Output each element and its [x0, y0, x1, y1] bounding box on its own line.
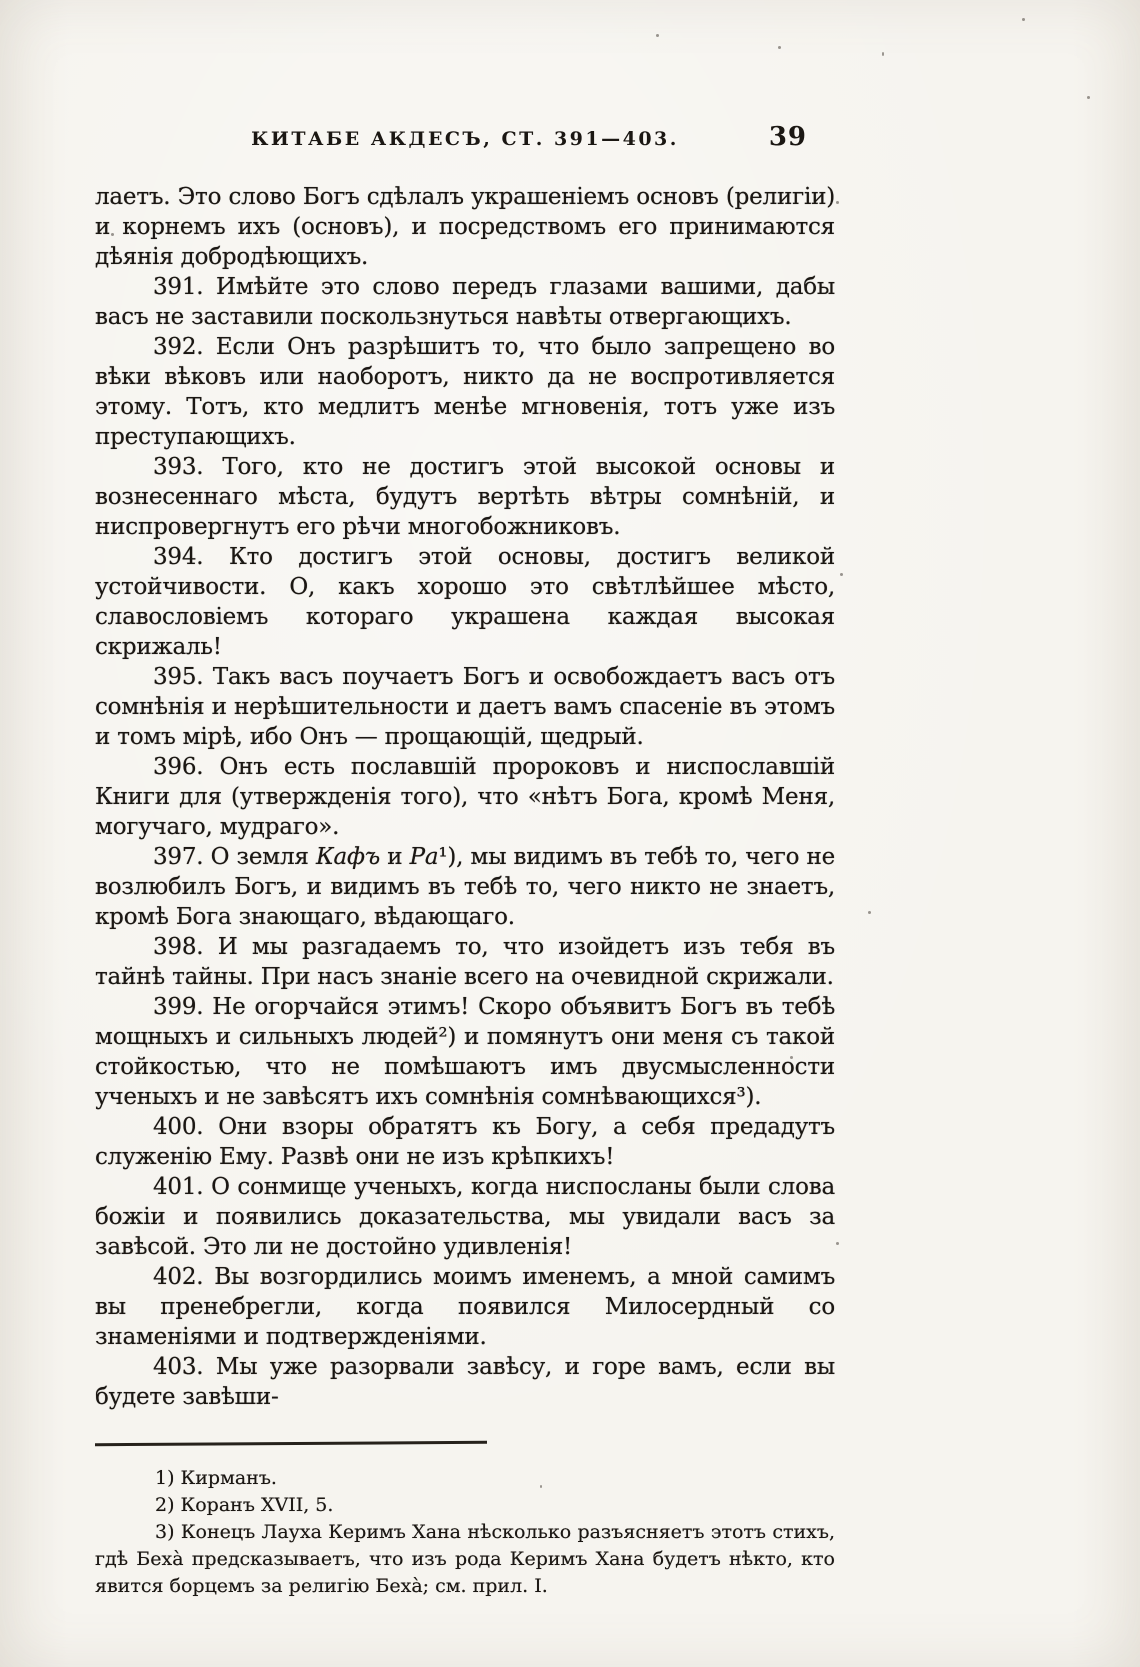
italic-term: Кафъ — [316, 844, 380, 870]
footnote: 2) Коранъ XVII, 5. — [95, 1492, 835, 1519]
scan-speck — [656, 34, 659, 37]
paragraph: 402. Вы возгордились моимъ именемъ, а мн… — [95, 1262, 835, 1352]
book-page: КИТАБЕ АКДЕСЪ, СТ. 391—403. 39 лаетъ. Эт… — [0, 0, 1140, 1667]
paragraph: 398. И мы разгадаемъ то, что изойдетъ из… — [95, 932, 835, 992]
page-body: лаетъ. Это слово Богъ сдѣлалъ украшеніем… — [95, 182, 835, 1412]
paragraph-text: 398. И мы разгадаемъ то, что изойдетъ из… — [95, 934, 835, 990]
footnote-separator — [95, 1441, 487, 1446]
paragraph-text: 396. Онъ есть пославшій пророковъ и нисп… — [95, 754, 835, 840]
paragraph: 396. Онъ есть пославшій пророковъ и нисп… — [95, 752, 835, 842]
page-number: 39 — [769, 122, 807, 152]
paragraph-text: 400. Они взоры обратятъ къ Богу, а себя … — [95, 1114, 835, 1170]
paragraph-text: 399. Не огорчайся этимъ! Скоро объявитъ … — [95, 994, 835, 1110]
text-block: КИТАБЕ АКДЕСЪ, СТ. 391—403. 39 лаетъ. Эт… — [95, 122, 835, 1600]
running-head: КИТАБЕ АКДЕСЪ, СТ. 391—403. 39 — [95, 122, 835, 166]
footnote: 1) Кирманъ. — [95, 1465, 835, 1492]
paragraph: 392. Если Онъ разрѣшитъ то, что было зап… — [95, 332, 835, 452]
paragraph-text: 402. Вы возгордились моимъ именемъ, а мн… — [95, 1264, 835, 1350]
paragraph: лаетъ. Это слово Богъ сдѣлалъ украшеніем… — [95, 182, 835, 272]
paragraph-text: 394. Кто достигъ этой основы, достигъ ве… — [95, 544, 835, 660]
scan-speck — [778, 46, 781, 49]
paragraph: 401. О сонмище ученыхъ, когда ниспосланы… — [95, 1172, 835, 1262]
paragraph: 394. Кто достигъ этой основы, достигъ ве… — [95, 542, 835, 662]
footnotes: 1) Кирманъ.2) Коранъ XVII, 5.3) Конецъ Л… — [95, 1465, 835, 1600]
scan-speck — [1022, 18, 1025, 21]
scan-speck — [868, 911, 871, 914]
paragraph-text: 393. Того, кто не достигъ этой высокой о… — [95, 454, 835, 540]
scan-speck — [882, 52, 884, 56]
paragraph-text: 395. Такъ васъ поучаетъ Богъ и освобожда… — [95, 664, 835, 750]
paragraph: 397. О земля Кафъ и Ра¹), мы видимъ въ т… — [95, 842, 835, 932]
paragraph-text: 401. О сонмище ученыхъ, когда ниспосланы… — [95, 1174, 835, 1260]
paragraph-text: 403. Мы уже разорвали завѣсу, и горе вам… — [95, 1354, 835, 1410]
paragraph: 399. Не огорчайся этимъ! Скоро объявитъ … — [95, 992, 835, 1112]
italic-term: Ра — [410, 844, 439, 870]
paragraph-text: лаетъ. Это слово Богъ сдѣлалъ украшеніем… — [95, 184, 835, 270]
paragraph: 400. Они взоры обратятъ къ Богу, а себя … — [95, 1112, 835, 1172]
scan-speck — [1087, 96, 1090, 99]
paragraph: 391. Имѣйте это слово передъ глазами ваш… — [95, 272, 835, 332]
footnote: 3) Конецъ Лауха Керимъ Хана нѣсколько ра… — [95, 1519, 835, 1600]
paragraph: 395. Такъ васъ поучаетъ Богъ и освобожда… — [95, 662, 835, 752]
paragraph-text: и — [380, 844, 410, 870]
paragraph-text: 397. О земля — [153, 844, 316, 870]
running-head-title: КИТАБЕ АКДЕСЪ, СТ. 391—403. — [251, 128, 679, 150]
scan-speck — [836, 1242, 839, 1245]
paragraph: 403. Мы уже разорвали завѣсу, и горе вам… — [95, 1352, 835, 1412]
scan-speck — [840, 573, 843, 576]
paragraph: 393. Того, кто не достигъ этой высокой о… — [95, 452, 835, 542]
paragraph-text: 391. Имѣйте это слово передъ глазами ваш… — [95, 274, 835, 330]
scan-speck — [836, 201, 839, 204]
paragraph-text: 392. Если Онъ разрѣшитъ то, что было зап… — [95, 334, 835, 450]
